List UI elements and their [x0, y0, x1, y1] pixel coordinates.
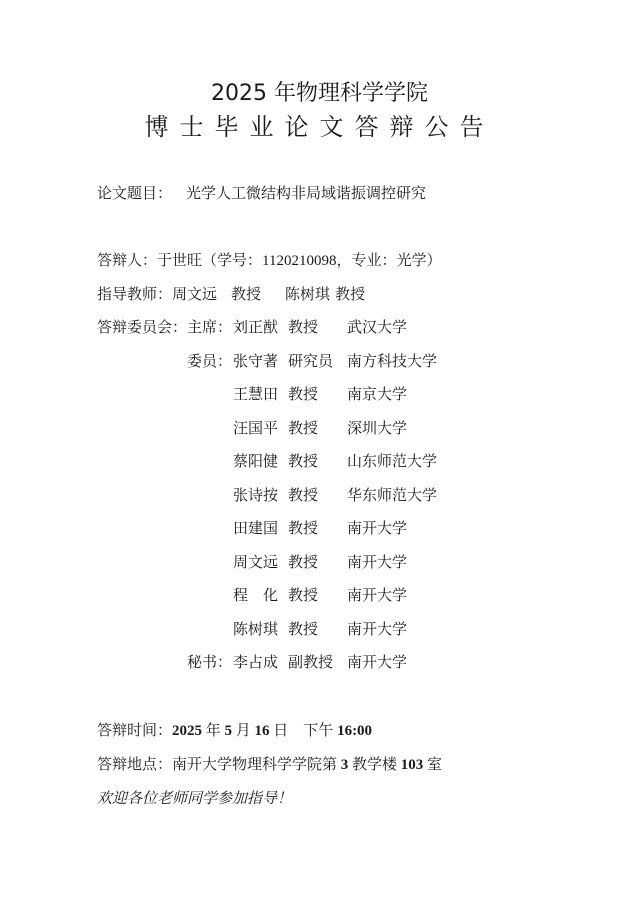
member-name: 汪国平 [233, 419, 278, 439]
member-label: 委员： [187, 352, 232, 372]
committee-chair-row: 答辩委员会： 主席： 刘正猷 教授 武汉大学 [0, 318, 639, 338]
member-name: 陈树琪 [233, 620, 278, 640]
room-number: 103 [401, 757, 424, 773]
committee-secretary-row: 秘书： 李占成 副教授 南开大学 [0, 653, 639, 673]
committee-member-row: 王慧田 教授 南京大学 [0, 385, 639, 405]
defense-time-label: 答辩时间： [97, 723, 172, 739]
year-unit: 年 [202, 723, 225, 739]
member-org: 南开大学 [347, 620, 407, 640]
place-text: 室 [423, 757, 442, 773]
member-name: 周文远 [233, 553, 278, 573]
candidate-info: 于世旺（学号：1120210098，专业：光学） [157, 253, 441, 269]
chair-label: 主席： [187, 318, 232, 338]
member-name: 李占成 [233, 653, 278, 673]
member-title: 教授 [288, 385, 318, 405]
member-title: 教授 [288, 486, 318, 506]
advisors-label: 指导教师： [97, 287, 172, 303]
member-title: 教授 [288, 519, 318, 539]
committee-member-row: 蔡阳健 教授 山东师范大学 [0, 452, 639, 472]
member-title: 教授 [288, 586, 318, 606]
member-title: 教授 [288, 452, 318, 472]
advisor-title: 教授 [231, 287, 261, 303]
day-unit: 日 下午 [270, 723, 338, 739]
advisor-title: 教授 [335, 287, 365, 303]
member-org: 南方科技大学 [347, 352, 437, 372]
thesis-title: 光学人工微结构非局域谐振调控研究 [186, 186, 426, 202]
defense-place-line: 答辩地点：南开大学物理科学学院第 3 教学楼 103 室 [97, 755, 442, 775]
member-org: 南开大学 [347, 586, 407, 606]
member-title: 教授 [288, 419, 318, 439]
thesis-title-label: 论文题目： [97, 186, 172, 202]
place-text: 教学楼 [348, 757, 401, 773]
member-name: 蔡阳健 [233, 452, 278, 472]
member-org: 山东师范大学 [347, 452, 437, 472]
welcome-message: 欢迎各位老师同学参加指导！ [97, 789, 292, 809]
committee-label: 答辩委员会： [97, 318, 187, 338]
member-title: 研究员 [288, 352, 333, 372]
member-title: 教授 [288, 318, 318, 338]
committee-member-row: 程 化 教授 南开大学 [0, 586, 639, 606]
member-org: 南开大学 [347, 519, 407, 539]
committee-member-row: 汪国平 教授 深圳大学 [0, 419, 639, 439]
member-org: 华东师范大学 [347, 486, 437, 506]
committee-member-row: 陈树琪 教授 南开大学 [0, 620, 639, 640]
defense-month: 5 [225, 723, 233, 739]
candidate-label: 答辩人： [97, 253, 157, 269]
member-title: 副教授 [288, 653, 333, 673]
committee-member-row: 张诗按 教授 华东师范大学 [0, 486, 639, 506]
committee-member-row: 周文远 教授 南开大学 [0, 553, 639, 573]
defense-time-line: 答辩时间：2025 年 5 月 16 日 下午 16:00 [97, 721, 372, 741]
candidate-line: 答辩人：于世旺（学号：1120210098，专业：光学） [97, 251, 441, 271]
member-name: 刘正猷 [233, 318, 278, 338]
member-org: 武汉大学 [347, 318, 407, 338]
defense-day: 16 [255, 723, 270, 739]
defense-place-label: 答辩地点： [97, 757, 172, 773]
member-name: 程 化 [233, 586, 278, 606]
member-title: 教授 [288, 620, 318, 640]
advisor-name: 陈树琪 [285, 287, 330, 303]
member-name: 张诗按 [233, 486, 278, 506]
member-org: 南开大学 [347, 553, 407, 573]
member-org: 南京大学 [347, 385, 407, 405]
member-name: 王慧田 [233, 385, 278, 405]
defense-year: 2025 [172, 723, 202, 739]
member-name: 张守著 [233, 352, 278, 372]
advisors-line: 指导教师：周文远教授陈树琪教授 [97, 285, 365, 305]
month-unit: 月 [232, 723, 255, 739]
announcement-heading-title: 博士毕业论文答辩公告 [0, 112, 639, 142]
thesis-title-line: 论文题目：光学人工微结构非局域谐振调控研究 [97, 184, 426, 204]
member-org: 深圳大学 [347, 419, 407, 439]
place-text: 南开大学物理科学学院第 [172, 757, 341, 773]
member-title: 教授 [288, 553, 318, 573]
committee-member-row: 田建国 教授 南开大学 [0, 519, 639, 539]
advisor-name: 周文远 [172, 287, 217, 303]
defense-clock: 16:00 [337, 723, 372, 739]
member-org: 南开大学 [347, 653, 407, 673]
member-name: 田建国 [233, 519, 278, 539]
announcement-heading-college: 2025 年物理科学学院 [0, 80, 639, 108]
secretary-label: 秘书： [187, 653, 232, 673]
committee-member-row: 委员： 张守著 研究员 南方科技大学 [0, 352, 639, 372]
